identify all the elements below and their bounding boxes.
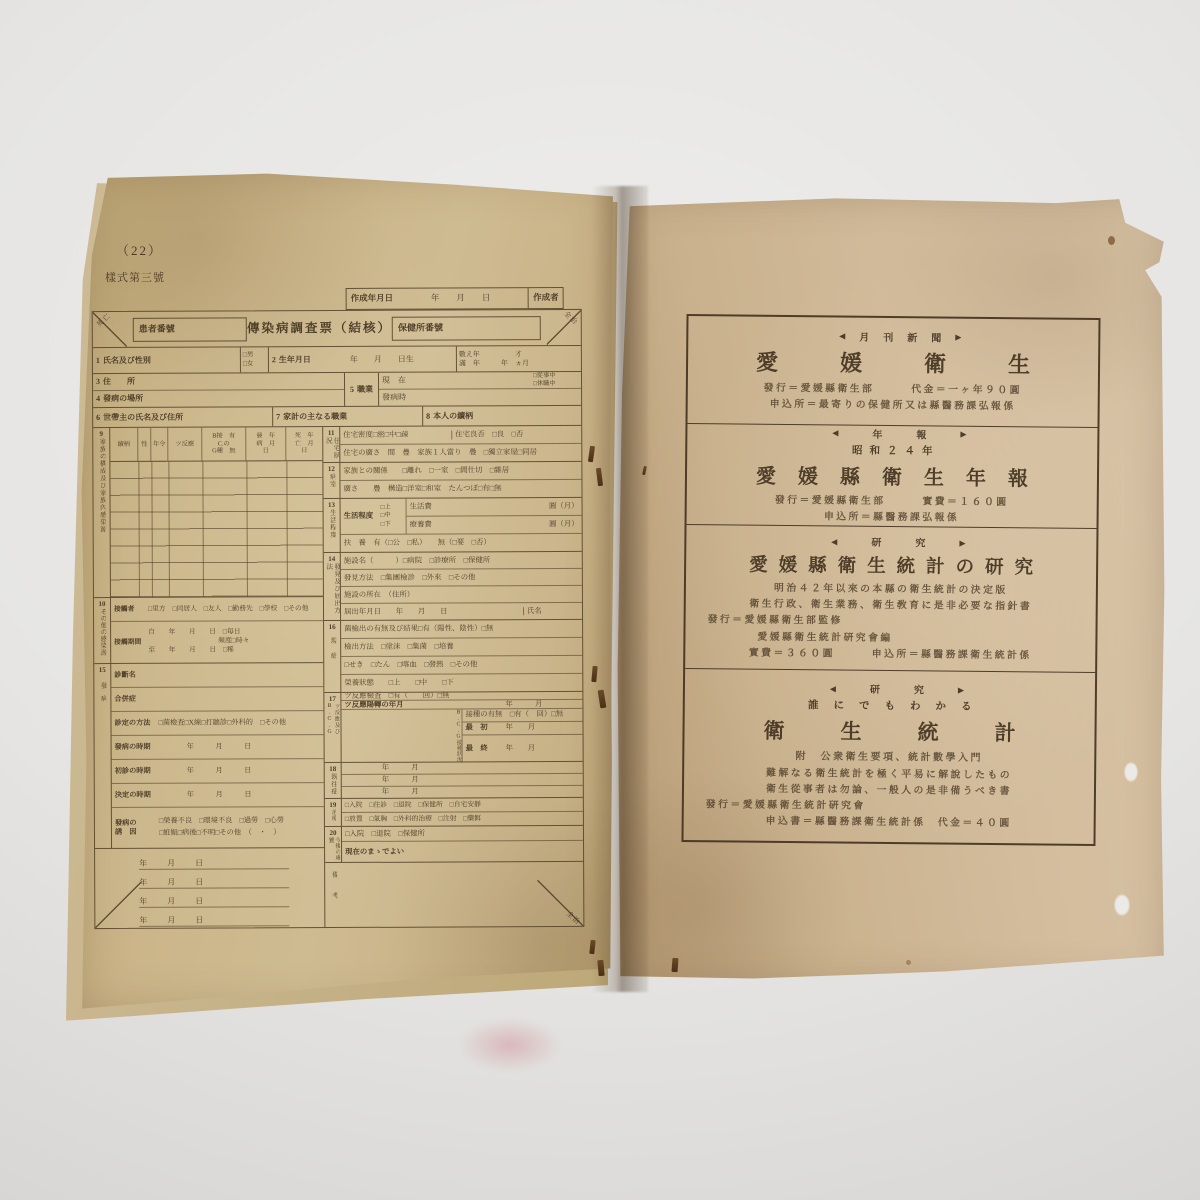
living-cost-row: 生活費 圓（月） xyxy=(407,498,582,517)
male-checkbox: □男 xyxy=(243,352,266,360)
ad-tag: ◀ 研究 ▶ xyxy=(817,533,965,549)
sickroom-relation-row: 家族との關係 □離れ □一室 □間仕切 □雜居 xyxy=(340,462,581,481)
cause-values: □榮養不良 □環境不良 □過勞 □心勞 □姙娠□病後□不明□その他 （ ・ ） xyxy=(159,816,284,840)
form-columns: 9 家族の構成及び家族內感染源 續柄 性 年令 ツ反應 B接 有 C.の G種 … xyxy=(93,426,583,928)
facility-name-row: 施設名（ ）□病院 □診療所 □保健所 xyxy=(341,552,582,570)
occupation-now-label: 現 在 xyxy=(379,372,531,389)
female-checkbox: □女 xyxy=(243,360,266,368)
date-fields: 年 月 日 xyxy=(139,916,289,927)
field-relationship: 8 本人の續柄 xyxy=(423,406,581,426)
paper-hole xyxy=(1114,894,1130,916)
discovery-rows: 施設名（ ）□病院 □診療所 □保健所 發見方法 □集團檢診 □外來 □その他 … xyxy=(341,552,582,620)
patient-number-label: 患者番號 xyxy=(139,324,175,335)
contact-label: 接觸者 xyxy=(114,605,148,613)
notifier-name: 氏名 xyxy=(523,607,579,616)
section-label: その他の感染源 xyxy=(98,608,106,663)
ad-title: 愛媛縣衛生年報 xyxy=(734,459,1050,491)
onset-rows: 診斷名 合併症 診定の方法 □菌檢査□X線□打聽診□外科的 □その他 xyxy=(111,663,324,848)
field-number: 4 xyxy=(96,394,100,403)
bcg-last-row: 最 終 年 月 xyxy=(463,735,583,762)
field-number: 3 xyxy=(96,377,100,386)
infection-survey-form: 作成年月日 年 月 日 作成者 死亡 患者番號 傳染病調査票（結核） 保健所番號 xyxy=(92,287,585,929)
section-treatment-side-label: 19 治療 xyxy=(325,799,342,826)
support-row: 扶 養 有（□公 □私） 無（□要 □否） xyxy=(341,534,582,552)
ad-line: 愛媛縣衛生統計硏究會編 xyxy=(693,629,892,647)
section-other-sources-side-label: 10 その他の感染源 xyxy=(94,598,111,663)
living-level-row: 生活程度 □上 □中 □下 生活費 圓（月） 療養費 xyxy=(341,498,582,535)
field-number: 2 xyxy=(272,355,276,364)
ad-statistics-research: ◀ 研究 ▶ 愛媛縣衛生統計の研究 明治４２年以來の本縣の衛生統計の決定版 衛生… xyxy=(685,525,1096,673)
field-label: 本人の續柄 xyxy=(433,411,473,420)
section-future-side-label: 20 今後の處置 xyxy=(325,827,342,862)
bcg-sub-label: B.C.G接種狀況 xyxy=(341,709,462,762)
symptom-checkboxes: □せき □たん □喀血 □發熱 □その他 xyxy=(344,661,477,670)
section-label: 備考 xyxy=(330,865,338,927)
section-label: ツ反應及びB.C.G xyxy=(326,703,340,762)
future-action-options: □入院 □退院 □保健所 xyxy=(345,829,425,838)
diagnosis-row: 診斷名 xyxy=(111,663,323,688)
date-fields: 年 月 日 xyxy=(139,897,289,908)
section-label: 病室 xyxy=(328,473,336,498)
field-household-head: 6 世帶主の氏名及び住所 xyxy=(93,407,273,427)
publications-ad-box: ◀ 月刊新聞 ▶ 愛媛衛生 發行＝愛媛縣衛生部 代金＝一ヶ年９０圓 申込所＝最寄… xyxy=(681,314,1100,846)
section-living-standard: 13 生活程度 生活程度 □上 □中 □下 生活費 xyxy=(324,498,582,553)
occupation-onset-label: 發病時 xyxy=(382,393,406,402)
history-date-row: 年 月 xyxy=(342,762,583,775)
treatment-row-1: □入院 □往診 □退院 □保健所 □自宅安靜 xyxy=(342,798,583,813)
section-housing-side-label: 11 住宅狀況 xyxy=(323,427,340,462)
creator-label: 作成者 xyxy=(528,288,559,308)
section-label: 治療 xyxy=(329,809,336,826)
section-label: 發病 xyxy=(98,674,107,848)
bacteria-result: 菌檢出の有無及び結果□有（陽性、陰性）□無 xyxy=(344,625,493,634)
living-rows: 生活程度 □上 □中 □下 生活費 圓（月） 療養費 xyxy=(341,498,582,552)
living-level-checkboxes: □上 □中 □下 xyxy=(381,499,407,534)
period-label: 接觸期間 xyxy=(114,638,148,646)
col-relation: 續柄 xyxy=(110,428,138,461)
nutrition-state-row: 榮養狀態 □上 □中 □下 xyxy=(341,674,582,692)
section-living-side-label: 13 生活程度 xyxy=(324,499,341,552)
ad-annual-report: ◀ 年報 ▶ 昭和２４年 愛媛縣衛生年報 發行＝愛媛縣衛生部 實費＝１６０圓 申… xyxy=(687,424,1098,529)
future-action-note: 現在のまゝでよい xyxy=(345,847,404,856)
col-bcg: B接 有 C.の G種 無 xyxy=(202,427,246,460)
period-to: 至 年 月 日 □稀 xyxy=(148,646,249,655)
progress-date-row: 年 月 日 xyxy=(95,888,324,908)
notification-date: 屆出年月日 年 月 日 xyxy=(344,607,523,616)
history-rows: 年 月 年 月 年 月 xyxy=(342,762,583,798)
first-visit-row: 初診の時期 年 月 日 xyxy=(112,759,324,784)
right-page: ◀ 月刊新聞 ▶ 愛媛衛生 發行＝愛媛縣衛生部 代金＝一ヶ年９０圓 申込所＝最寄… xyxy=(616,196,1166,984)
row-label: 發病の 誘 因 xyxy=(115,818,159,837)
living-costs: 生活費 圓（月） 療養費 圓（月） xyxy=(407,498,582,534)
field-number: 1 xyxy=(96,356,100,365)
cause-line-2: □姙娠□病後□不明□その他 （ ・ ） xyxy=(159,827,284,839)
cause-line-1: □榮養不良 □環境不良 □過勞 □心勞 xyxy=(159,816,284,828)
symptom-checkboxes-row: □せき □たん □喀血 □發熱 □その他 xyxy=(341,656,582,675)
facility-location: 施設の所在 （住所） xyxy=(344,590,414,599)
tb-test: ツ反應檢査 □有（ 回）□無 xyxy=(344,692,449,701)
field-occupation-label: 5 職業 xyxy=(345,373,379,406)
section-sickroom: 12 病室 家族との關係 □離れ □一室 □間仕切 □雜居 廣さ 疊 構造□洋室… xyxy=(323,462,581,499)
ad-tag: ◀ 年報 ▶ xyxy=(818,425,966,441)
section-tb-bcg-side-label: 17 ツ反應及びB.C.G xyxy=(324,693,341,762)
care-cost-label: 療養費 xyxy=(410,521,432,530)
ad-monthly-newspaper: ◀ 月刊新聞 ▶ 愛媛衛生 發行＝愛媛縣衛生部 代金＝一ヶ年９０圓 申込所＝最寄… xyxy=(687,316,1098,428)
photo-backdrop: （22） 樣式第三號 作成年月日 年 月 日 作成者 死亡 患者番號 傳染病調査… xyxy=(0,0,1200,1200)
field-address-block: 3 住 所 4 發病の場所 xyxy=(93,373,345,407)
field-label: 氏名及び性別 xyxy=(103,356,151,365)
row-value: 年 月 日 xyxy=(187,743,252,752)
notification-date-row: 屆出年月日 年 月 日 氏名 xyxy=(341,603,582,620)
section-future-action: 20 今後の處置 □入院 □退院 □保健所 現在のまゝでよい xyxy=(325,826,583,863)
section-sickroom-side-label: 12 病室 xyxy=(323,463,340,498)
bcg-last-date: 年 月 xyxy=(506,744,536,753)
detection-method-row: 檢出方法 □塗沫 □集菌 □培養 xyxy=(341,638,582,657)
field-number: 6 xyxy=(96,413,100,422)
form-row-name-birth: 1 氏名及び性別 □男 □女 2 生年月日 年 月 日生 數え年 才 xyxy=(93,346,581,374)
right-triangle-icon: ▶ xyxy=(960,429,966,439)
ad-line: 發行＝愛媛縣衛生統計硏究會 xyxy=(692,797,866,815)
right-triangle-icon: ▶ xyxy=(955,332,961,342)
section-number: 13 xyxy=(328,501,335,509)
occupation-now-row: 現 在 □從事中 □休職中 xyxy=(379,372,581,390)
ad-line: 發行＝愛媛縣衛生部 實費＝１６０圓 xyxy=(775,493,1009,511)
section-onset: 15 發病 診斷名 合併症 xyxy=(94,663,324,849)
section-history-side-label: 18 既往症 xyxy=(325,763,342,798)
section-family-side-label: 9 家族の構成及び家族內感染源 xyxy=(93,428,111,597)
left-page: （22） 樣式第三號 作成年月日 年 月 日 作成者 死亡 患者番號 傳染病調査… xyxy=(80,172,614,1012)
section-number: 10 xyxy=(98,600,105,608)
section-other-sources: 10 その他の感染源 接觸者 □里方 □同居人 □友人 □勤務先 □學校 □その… xyxy=(94,597,323,664)
col-onset-date: 發 年 病 月 日 xyxy=(246,427,286,460)
decision-time-row: 決定の時期 年 月 日 xyxy=(112,783,324,808)
section-number: 20 xyxy=(329,829,336,837)
form-style-number: 樣式第三號 xyxy=(105,269,165,285)
date-fields: 年 月 日 xyxy=(139,878,289,889)
section-medical-history: 18 既往症 年 月 年 月 年 月 xyxy=(325,762,583,799)
treatment-rows: □入院 □往診 □退院 □保健所 □自宅安靜 □放置 □氣胸 □外科的治療 □注… xyxy=(342,798,583,826)
ad-line: 申込所＝最寄りの保健所又は縣醫務課弘報係 xyxy=(770,397,1016,416)
progress-date-row: 年 月 日 xyxy=(95,907,324,927)
row-label: 合併症 xyxy=(114,695,186,704)
facility-name: 施設名（ ）□病院 □診療所 □保健所 xyxy=(344,556,490,565)
sickroom-structure: 廣さ 疊 構造□洋室□和室 たんつぼ□有□無 xyxy=(343,485,501,494)
ad-tag-text: 年報 xyxy=(838,425,960,441)
section-label: 生活程度 xyxy=(328,509,336,552)
staple xyxy=(672,958,679,972)
section-current-symptoms: 16 現症 菌檢出の有無及び結果□有（陽性、陰性）□無 檢出方法 □塗沫 □集菌… xyxy=(324,620,582,693)
field-sex-checkboxes: □男 □女 xyxy=(241,347,269,372)
page-number: （22） xyxy=(116,240,163,259)
sickroom-rows: 家族との關係 □離れ □一室 □間仕切 □雜居 廣さ 疊 構造□洋室□和室 たん… xyxy=(340,462,581,498)
contact-period-row: 接觸期間 自 年 月 日 □毎日 頻度□時々 至 年 月 日 □稀 xyxy=(111,621,323,663)
section-label: 家族の構成及び家族內感染源 xyxy=(97,438,106,597)
onset-time-row: 發病の時期 年 月 日 xyxy=(112,735,324,760)
form-title: 傳染病調査票（結核） xyxy=(247,321,392,336)
section-number: 15 xyxy=(99,666,106,674)
bcg-first-date: 年 月 xyxy=(506,723,536,732)
section-notes-side-label: 備考 xyxy=(325,863,342,927)
section-discovery: 14 發見及び屆出方法 施設名（ ）□病院 □診療所 □保健所 發見方法 □集團… xyxy=(324,552,582,621)
created-date-box: 作成年月日 年 月 日 作成者 xyxy=(346,287,564,310)
section-label: 既往症 xyxy=(329,773,337,798)
section-progress: 年 月 日 年 月 日 年 月 日 年 月 日 xyxy=(95,848,324,928)
care-cost-row: 療養費 圓（月） xyxy=(407,516,582,534)
discovery-method: 發見方法 □集團檢診 □外來 □その他 xyxy=(344,573,476,582)
detection-method: 檢出方法 □塗沫 □集菌 □培養 xyxy=(344,643,454,652)
field-birthdate: 2 生年月日 年 月 日生 xyxy=(269,346,457,372)
field-label: 生年月日 xyxy=(279,355,311,364)
ad-tag: ◀ 研究 ▶ xyxy=(816,681,964,697)
col-death-date: 死 年 亡 月 日 xyxy=(286,427,322,460)
field-main-occupation: 7 家計の主なる職業 xyxy=(273,407,423,427)
field-label: 職業 xyxy=(357,385,373,394)
history-date-row: 年 月 xyxy=(342,774,583,787)
progress-date-row: 年 月 日 xyxy=(95,869,324,889)
bcg-status: 接種の有無 □有（ 回）□無 xyxy=(462,709,582,723)
age-man: 滿 年 年 ヵ月 xyxy=(459,358,579,367)
family-table-header: 續柄 性 年令 ツ反應 B接 有 C.の G種 無 發 年 病 月 日 死 年 … xyxy=(110,427,322,462)
housing-quality: 住宅良否 □良 □否 xyxy=(451,430,523,439)
treatment-options-2: □放置 □氣胸 □外科的治療 □注射 □藥餌 xyxy=(345,815,481,823)
progress-date-row: 年 月 日 xyxy=(95,850,324,870)
section-label: 發見及び屆出方法 xyxy=(324,563,340,620)
form-table: 死亡 患者番號 傳染病調査票（結核） 保健所番號 全治 1 氏名及び性別 xyxy=(92,309,585,929)
field-label: 家計の主なる職業 xyxy=(283,412,347,421)
field-label: 住 所 xyxy=(103,377,135,386)
occupation-onset-row: 發病時 xyxy=(379,389,581,406)
form-left-column: 9 家族の構成及び家族內感染源 續柄 性 年令 ツ反應 B接 有 C.の G種 … xyxy=(93,427,325,928)
section-number: 12 xyxy=(328,465,335,473)
bacteria-result-row: 菌檢出の有無及び結果□有（陽性、陰性）□無 xyxy=(341,620,582,639)
section-family: 9 家族の構成及び家族內感染源 續柄 性 年令 ツ反應 B接 有 C.の G種 … xyxy=(93,427,323,598)
paper-speck xyxy=(906,960,911,965)
occupation-status-checkboxes: □從事中 □休職中 xyxy=(531,372,581,388)
row-label: 決定の時期 xyxy=(115,791,187,800)
pink-stain xyxy=(458,1018,562,1072)
notes-empty-area: 全治 xyxy=(342,862,583,927)
working-checkbox: □從事中 xyxy=(533,372,579,380)
nutrition-state: 榮養狀態 □上 □中 □下 xyxy=(344,679,454,688)
right-triangle-icon: ▶ xyxy=(959,537,965,547)
section-onset-side-label: 15 發病 xyxy=(94,664,112,848)
bcg-rows: 接種の有無 □有（ 回）□無 最 初 年 月 最 終 年 月 xyxy=(462,709,582,762)
ad-attachment-note: 附 公衆衛生要項、統計數學入門 xyxy=(795,750,983,768)
tb-bcg-rows: ツ反應檢査 □有（ 回）□無 ツ反應陽轉の年月 年 月 B.C.G接種狀況 接種… xyxy=(341,692,582,762)
section-discovery-side-label: 14 發見及び屆出方法 xyxy=(324,553,341,620)
housing-density: 住宅密度□密□中□疎 xyxy=(343,431,451,440)
living-cost-unit: 圓（月） xyxy=(549,502,579,511)
health-center-number-label: 保健所番號 xyxy=(398,323,443,334)
patient-number-box: 患者番號 xyxy=(133,317,247,341)
col-tb-reaction: ツ反應 xyxy=(168,428,202,461)
section-treatment: 19 治療 □入院 □往診 □退院 □保健所 □自宅安靜 □放置 □氣胸 □外科… xyxy=(325,798,583,827)
col-age: 年令 xyxy=(151,428,168,461)
tb-conversion-date: 年 月 xyxy=(505,700,579,708)
future-action-rows: □入院 □退院 □保健所 現在のまゝでよい xyxy=(342,826,583,862)
row-value: 年 月 日 xyxy=(187,767,252,776)
housing-size: 住宅の廣さ 間 疊 家族１人當り 疊 □獨立家屋□同居 xyxy=(343,448,537,457)
section-symptoms-side-label: 16 現症 xyxy=(324,621,341,692)
housing-density-row: 住宅密度□密□中□疎 住宅良否 □良 □否 xyxy=(340,426,581,445)
period-values: 自 年 月 日 □毎日 頻度□時々 至 年 月 日 □稀 xyxy=(148,629,249,656)
complication-row: 合併症 xyxy=(111,687,323,712)
ad-subtitle: 誰にでもわかる xyxy=(793,698,987,715)
section-number: 14 xyxy=(328,555,335,563)
treatment-options-1: □入院 □往診 □退院 □保健所 □自宅安靜 xyxy=(345,801,481,809)
history-date: 年 月 xyxy=(382,764,419,773)
right-triangle-icon: ▶ xyxy=(958,685,964,695)
row-value: 年 月 日 xyxy=(187,791,252,800)
care-cost-unit: 圓（月） xyxy=(549,520,579,529)
field-number: 8 xyxy=(426,412,430,421)
ad-title: 愛媛縣衛生統計の研究 xyxy=(738,551,1044,580)
living-cost-label: 生活費 xyxy=(410,503,432,512)
staple xyxy=(597,960,604,976)
family-table: 續柄 性 年令 ツ反應 B接 有 C.の G種 無 發 年 病 月 日 死 年 … xyxy=(110,427,323,597)
ad-title: 衛生統計 xyxy=(707,715,1071,748)
row-label: 初診の時期 xyxy=(115,767,187,776)
period-frequency: 頻度□時々 xyxy=(148,637,249,646)
col-sex: 性 xyxy=(138,428,151,461)
health-center-number-box: 保健所番號 xyxy=(392,316,541,341)
paper-speck xyxy=(1108,236,1115,245)
ad-tag-text: 研究 xyxy=(836,681,958,697)
ad-line: 申込所＝縣醫務課弘報係 xyxy=(824,509,959,526)
symptoms-rows: 菌檢出の有無及び結果□有（陽性、陰性）□無 檢出方法 □塗沫 □集菌 □培養 □… xyxy=(341,620,582,692)
section-number: 18 xyxy=(329,765,336,773)
corner-label-death: 死亡 xyxy=(95,312,112,329)
ad-line: 發行＝愛媛縣衛生部監修 xyxy=(694,613,843,631)
field-occupation-block: 現 在 □從事中 □休職中 發病時 xyxy=(379,372,581,406)
created-date-fields: 年 月 日 xyxy=(393,293,528,303)
ad-tag: ◀ 月刊新聞 ▶ xyxy=(825,328,961,344)
history-date-row: 年 月 xyxy=(342,786,583,798)
history-date: 年 月 xyxy=(382,776,419,785)
housing-size-row: 住宅の廣さ 間 疊 家族１人當り 疊 □獨立家屋□同居 xyxy=(340,444,581,462)
bcg-first-row: 最 初 年 月 xyxy=(462,722,582,736)
field-age: 數え年 才 滿 年 年 ヵ月 xyxy=(457,346,581,372)
field-number: 5 xyxy=(350,385,354,394)
field-label: 發病の場所 xyxy=(103,394,143,403)
treatment-row-2: □放置 □氣胸 □外科的治療 □注射 □藥餌 xyxy=(342,812,583,826)
section-label: 住宅狀況 xyxy=(323,437,339,462)
section-number: 11 xyxy=(328,429,335,437)
section-tb-bcg: 17 ツ反應及びB.C.G ツ反應檢査 □有（ 回）□無 ツ反應陽轉の年月 年 … xyxy=(324,692,582,763)
contact-row: 接觸者 □里方 □同居人 □友人 □勤務先 □學校 □その他 xyxy=(111,597,323,622)
ad-title: 愛媛衛生 xyxy=(694,345,1092,380)
section-number: 17 xyxy=(329,695,336,703)
ad-line: 申込書＝縣醫務課衛生統計係 代金＝４０圓 xyxy=(766,814,1012,833)
section-number: 19 xyxy=(329,801,336,809)
birthdate-fields: 年 月 日生 xyxy=(311,354,453,364)
corner-label-cured: 全治 xyxy=(565,910,582,927)
section-notes: 備考 全治 xyxy=(325,862,583,927)
section-number: 16 xyxy=(329,623,336,631)
row-label: 診定の方法 xyxy=(114,719,158,727)
ad-line: 實費＝３６０圓 申込所＝縣醫務課衛生統計係 xyxy=(749,645,1032,664)
form-title-row: 死亡 患者番號 傳染病調査票（結核） 保健所番號 全治 xyxy=(93,310,581,348)
contact-block: 接觸者 □里方 □同居人 □友人 □勤務先 □學校 □その他 接觸期間 自 年 … xyxy=(111,597,323,663)
field-name-sex: 1 氏名及び性別 xyxy=(93,347,241,373)
history-date: 年 月 xyxy=(382,788,419,797)
diagnosis-method-row: 診定の方法 □菌檢査□X線□打聽診□外科的 □その他 xyxy=(111,711,323,736)
support-options: 扶 養 有（□公 □私） 無（□要 □否） xyxy=(344,539,491,548)
row-label: 診斷名 xyxy=(114,671,186,680)
contact-options: □里方 □同居人 □友人 □勤務先 □學校 □その他 xyxy=(148,605,309,614)
section-label: 今後の處置 xyxy=(326,837,339,862)
sickroom-relation: 家族との關係 □離れ □一室 □間仕切 □雜居 xyxy=(343,466,509,475)
form-row-address-occupation: 3 住 所 4 發病の場所 5 職業 現 在 xyxy=(93,372,581,408)
discovery-method-row: 發見方法 □集團檢診 □外來 □その他 xyxy=(341,569,582,587)
resting-checkbox: □休職中 xyxy=(533,380,579,388)
bcg-first-label: 最 初 xyxy=(466,724,506,733)
living-level-label: 生活程度 xyxy=(341,499,381,534)
section-label: 現症 xyxy=(328,631,336,692)
ad-tag-text: 月刊新聞 xyxy=(845,328,955,344)
ad-hygiene-statistics: ◀ 研究 ▶ 誰にでもわかる 衛生統計 附 公衆衛生要項、統計數學入門 難解なる… xyxy=(683,669,1095,844)
bcg-last-label: 最 終 xyxy=(466,744,506,753)
ad-subtitle: 昭和２４年 xyxy=(845,442,940,458)
section-housing: 11 住宅狀況 住宅密度□密□中□疎 住宅良否 □良 □否 住宅の廣さ 間 疊 … xyxy=(323,426,581,463)
onset-cause-row: 發病の 誘 因 □榮養不良 □環境不良 □過勞 □心勞 □姙娠□病後□不明□その… xyxy=(112,807,324,848)
row-value: □菌檢査□X線□打聽診□外科的 □その他 xyxy=(158,719,286,728)
future-action-options-row: □入院 □退院 □保健所 xyxy=(342,826,583,842)
field-number: 7 xyxy=(276,412,280,421)
family-table-empty-rows xyxy=(110,461,323,597)
paper-hole xyxy=(1124,762,1138,782)
facility-location-row: 施設の所在 （住所） xyxy=(341,586,582,604)
field-address: 3 住 所 xyxy=(93,373,344,391)
row-label: 發病の時期 xyxy=(115,743,187,752)
bcg-block: B.C.G接種狀況 接種の有無 □有（ 回）□無 最 初 年 月 xyxy=(341,709,582,762)
housing-rows: 住宅密度□密□中□疎 住宅良否 □良 □否 住宅の廣さ 間 疊 家族１人當り 疊… xyxy=(340,426,581,462)
future-action-note-row: 現在のまゝでよい xyxy=(342,841,583,862)
field-onset-place: 4 發病の場所 xyxy=(93,389,344,407)
field-label: 世帶主の氏名及び住所 xyxy=(103,413,183,423)
section-number: 9 xyxy=(99,430,103,438)
sickroom-structure-row: 廣さ 疊 構造□洋室□和室 たんつぼ□有□無 xyxy=(340,480,581,498)
form-right-column: 11 住宅狀況 住宅密度□密□中□疎 住宅良否 □良 □否 住宅の廣さ 間 疊 … xyxy=(323,426,583,927)
ad-tag-text: 研究 xyxy=(837,534,959,550)
tb-conversion-label: ツ反應陽轉の年月 xyxy=(344,700,505,709)
form-row-household: 6 世帶主の氏名及び住所 7 家計の主なる職業 8 本人の續柄 xyxy=(93,406,581,428)
created-date-label: 作成年月日 xyxy=(351,294,394,304)
date-fields: 年 月 日 xyxy=(139,859,289,870)
corner-label-cured: 全治 xyxy=(562,310,579,327)
